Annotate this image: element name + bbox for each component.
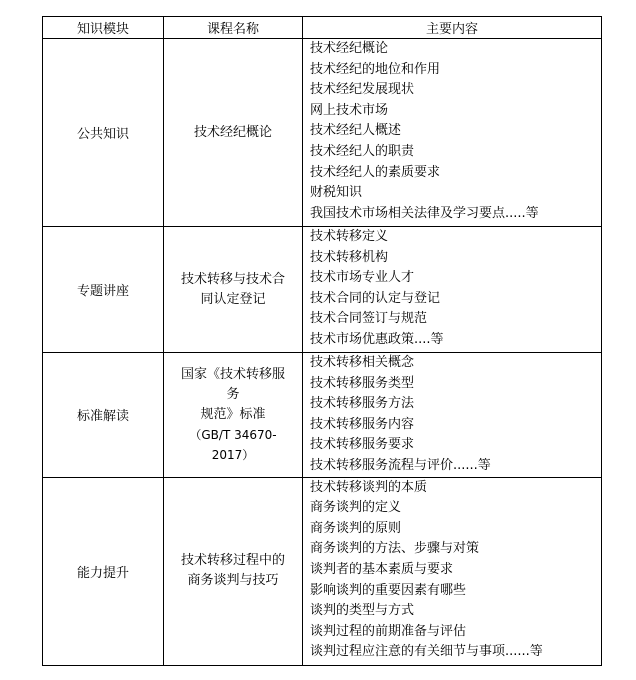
module-cell: 标准解读 — [43, 353, 164, 478]
content-item: 商务谈判的定义 — [310, 498, 601, 519]
content-item: 谈判过程的前期准备与评估 — [310, 622, 601, 643]
course-name-line: 同认定登记 — [177, 290, 289, 310]
content-cell: 技术经纪概论 技术经纪的地位和作用 技术经纪发展现状 网上技术市场 技术经纪人概… — [303, 39, 602, 227]
course-name-line: 技术经纪概论 — [194, 125, 272, 140]
content-cell: 技术转移相关概念 技术转移服务类型 技术转移服务方法 技术转移服务内容 技术转移… — [303, 353, 602, 478]
course-name: 技术经纪概论 — [177, 123, 289, 143]
content-item: 技术转移定义 — [310, 227, 601, 248]
course-name-line: 技术转移过程中的 — [177, 551, 289, 571]
content-item: 技术转移机构 — [310, 248, 601, 269]
table-row: 能力提升 技术转移过程中的 商务谈判与技巧 技术转移谈判的本质 商务谈判的定义 … — [43, 477, 602, 665]
module-name: 标准解读 — [77, 409, 129, 424]
content-item: 财税知识 — [310, 183, 601, 204]
module-name: 专题讲座 — [77, 284, 129, 299]
content-item: 技术市场专业人才 — [310, 268, 601, 289]
content-item: 技术市场优惠政策....等 — [310, 330, 601, 351]
content-item: 技术合同签订与规范 — [310, 309, 601, 330]
course-name-line: 国家《技术转移服务 — [177, 365, 289, 405]
course-name-line: 规范》标准 — [177, 405, 289, 425]
content-item: 网上技术市场 — [310, 101, 601, 122]
course-table: 知识模块 课程名称 主要内容 公共知识 技术经纪概论 技术经纪概论 技术经纪的地… — [42, 16, 602, 666]
course-name-line: 技术转移与技术合 — [177, 270, 289, 290]
content-item: 谈判的类型与方式 — [310, 601, 601, 622]
content-item: 技术合同的认定与登记 — [310, 289, 601, 310]
content-item: 谈判者的基本素质与要求 — [310, 560, 601, 581]
content-item: 技术转移服务流程与评价......等 — [310, 456, 601, 477]
header-course: 课程名称 — [164, 17, 303, 39]
header-module: 知识模块 — [43, 17, 164, 39]
content-item: 技术经纪人的素质要求 — [310, 163, 601, 184]
content-item: 影响谈判的重要因素有哪些 — [310, 581, 601, 602]
course-name-line: 商务谈判与技巧 — [177, 571, 289, 591]
content-item: 技术经纪发展现状 — [310, 80, 601, 101]
content-item: 技术转移谈判的本质 — [310, 478, 601, 499]
course-name: 技术转移与技术合 同认定登记 — [177, 270, 289, 310]
content-item: 技术经纪人的职责 — [310, 142, 601, 163]
content-item: 技术经纪的地位和作用 — [310, 60, 601, 81]
course-cell: 技术转移与技术合 同认定登记 — [164, 227, 303, 353]
content-cell: 技术转移定义 技术转移机构 技术市场专业人才 技术合同的认定与登记 技术合同签订… — [303, 227, 602, 353]
course-name: 技术转移过程中的 商务谈判与技巧 — [177, 551, 289, 591]
content-item: 商务谈判的方法、步骤与对策 — [310, 539, 601, 560]
header-content: 主要内容 — [303, 17, 602, 39]
table-row: 标准解读 国家《技术转移服务 规范》标准 （GB/T 34670-2017） 技… — [43, 353, 602, 478]
standard-code: （GB/T 34670-2017） — [177, 425, 289, 465]
content-item: 技术经纪概论 — [310, 39, 601, 60]
header-row: 知识模块 课程名称 主要内容 — [43, 17, 602, 39]
table-row: 专题讲座 技术转移与技术合 同认定登记 技术转移定义 技术转移机构 技术市场专业… — [43, 227, 602, 353]
course-name: 国家《技术转移服务 规范》标准 （GB/T 34670-2017） — [177, 365, 289, 465]
module-cell: 公共知识 — [43, 39, 164, 227]
course-cell: 国家《技术转移服务 规范》标准 （GB/T 34670-2017） — [164, 353, 303, 478]
content-item: 技术转移服务要求 — [310, 435, 601, 456]
content-item: 技术转移服务内容 — [310, 415, 601, 436]
module-cell: 专题讲座 — [43, 227, 164, 353]
content-item: 谈判过程应注意的有关细节与事项......等 — [310, 642, 601, 663]
module-name: 能力提升 — [77, 566, 129, 581]
content-item: 技术转移相关概念 — [310, 353, 601, 374]
content-item: 商务谈判的原则 — [310, 519, 601, 540]
content-cell: 技术转移谈判的本质 商务谈判的定义 商务谈判的原则 商务谈判的方法、步骤与对策 … — [303, 477, 602, 665]
table-row: 公共知识 技术经纪概论 技术经纪概论 技术经纪的地位和作用 技术经纪发展现状 网… — [43, 39, 602, 227]
module-cell: 能力提升 — [43, 477, 164, 665]
content-item: 我国技术市场相关法律及学习要点.....等 — [310, 204, 601, 225]
content-item: 技术转移服务方法 — [310, 394, 601, 415]
module-name: 公共知识 — [77, 127, 129, 142]
content-item: 技术经纪人概述 — [310, 121, 601, 142]
course-cell: 技术转移过程中的 商务谈判与技巧 — [164, 477, 303, 665]
course-table-container: 知识模块 课程名称 主要内容 公共知识 技术经纪概论 技术经纪概论 技术经纪的地… — [42, 16, 602, 666]
content-item: 技术转移服务类型 — [310, 374, 601, 395]
course-cell: 技术经纪概论 — [164, 39, 303, 227]
